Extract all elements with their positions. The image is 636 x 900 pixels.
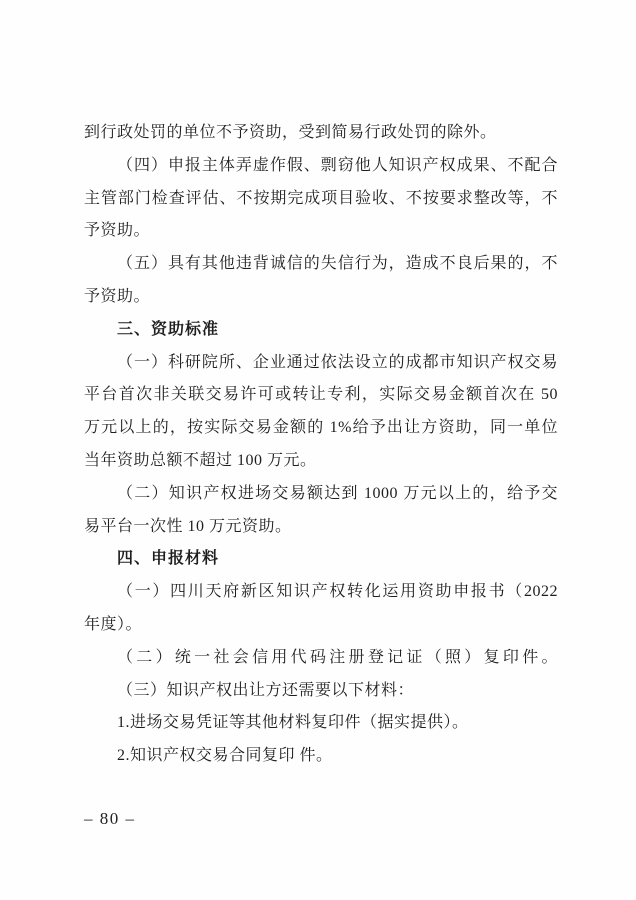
doc-line: 易平台一次性 10 万元资助。 [84, 511, 558, 544]
page-number: – 80 – [84, 808, 136, 830]
section-heading: 三、资助标准 [84, 314, 558, 347]
doc-line: 年度）。 [84, 609, 558, 642]
doc-line: 予资助。 [84, 281, 558, 314]
doc-line: 万元以上的，按实际交易金额的 1%给予出让方资助，同一单位 [84, 412, 558, 445]
section-heading: 四、申报材料 [84, 543, 558, 576]
doc-line: 平台首次非关联交易许可或转让专利，实际交易金额首次在 50 [84, 379, 558, 412]
doc-line: （一）科研院所、企业通过依法设立的成都市知识产权交易 [84, 347, 558, 380]
doc-line: （四）申报主体弄虚作假、剽窃他人知识产权成果、不配合 [84, 150, 558, 183]
doc-line: 1.进场交易凭证等其他材料复印件（据实提供）。 [84, 707, 558, 740]
doc-line: 2.知识产权交易合同复印 件。 [84, 740, 558, 773]
doc-line: （二）知识产权进场交易额达到 1000 万元以上的，给予交 [84, 478, 558, 511]
doc-line: （三）知识产权出让方还需要以下材料： [84, 675, 558, 708]
doc-line: （二）统一社会信用代码注册登记证（照）复印件。 [84, 642, 558, 675]
doc-line: 主管部门检查评估、不按期完成项目验收、不按要求整改等，不 [84, 183, 558, 216]
page-content: 到行政处罚的单位不予资助，受到简易行政处罚的除外。 （四）申报主体弄虚作假、剽窃… [84, 117, 558, 773]
document-page: 到行政处罚的单位不予资助，受到简易行政处罚的除外。 （四）申报主体弄虚作假、剽窃… [0, 0, 636, 900]
doc-line: （一）四川天府新区知识产权转化运用资助申报书（2022 [84, 576, 558, 609]
doc-line: 予资助。 [84, 215, 558, 248]
doc-line: 到行政处罚的单位不予资助，受到简易行政处罚的除外。 [84, 117, 558, 150]
doc-line: 当年资助总额不超过 100 万元。 [84, 445, 558, 478]
doc-line: （五）具有其他违背诚信的失信行为，造成不良后果的，不 [84, 248, 558, 281]
